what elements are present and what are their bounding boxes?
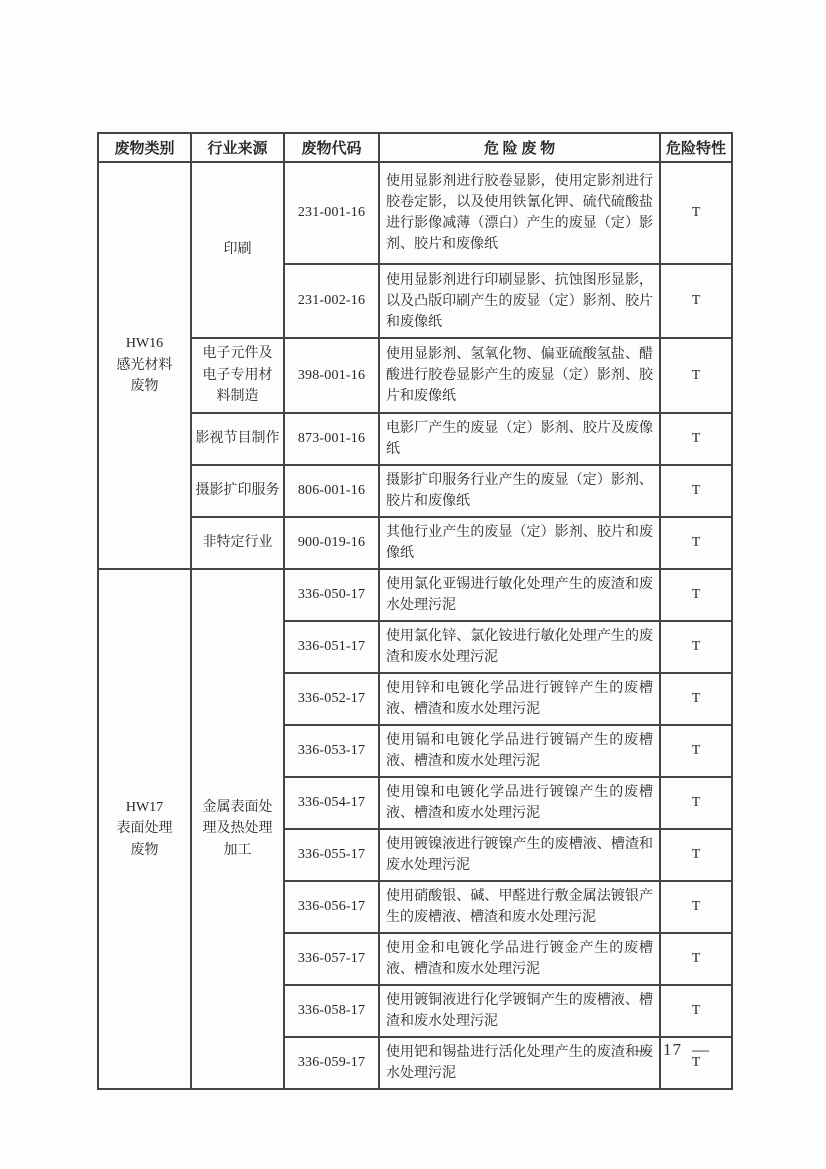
waste-code-cell: 336-054-17 (284, 777, 379, 829)
waste-description-cell: 使用显影剂进行胶卷显影，使用定影剂进行胶卷定影，以及使用铁氰化钾、硫代硫酸盐进行… (379, 162, 660, 264)
table-row: 摄影扩印服务 806-001-16 摄影扩印服务行业产生的废显（定）影剂、胶片和… (98, 465, 732, 517)
waste-description-cell: 使用金和电镀化学品进行镀金产生的废槽液、槽渣和废水处理污泥 (379, 933, 660, 985)
table-row: 非特定行业 900-019-16 其他行业产生的废显（定）影剂、胶片和废像纸 T (98, 517, 732, 569)
waste-code-cell: 336-052-17 (284, 673, 379, 725)
waste-code-cell: 336-059-17 (284, 1037, 379, 1089)
waste-code-cell: 231-002-16 (284, 264, 379, 338)
column-header-waste-code: 废物代码 (284, 133, 379, 162)
category-cell-hw17: HW17 表面处理 废物 (98, 569, 191, 1089)
waste-code-cell: 336-056-17 (284, 881, 379, 933)
industry-cell: 摄影扩印服务 (191, 465, 284, 517)
hazard-trait-cell: T (660, 725, 732, 777)
page-footer: —17— (625, 1040, 720, 1060)
hazard-trait-cell: T (660, 162, 732, 264)
table-row: HW17 表面处理 废物 金属表面处 理及热处理 加工 336-050-17 使… (98, 569, 732, 621)
industry-cell: 影视节目制作 (191, 413, 284, 465)
waste-description-cell: 使用氯化锌、氯化铵进行敏化处理产生的废渣和废水处理污泥 (379, 621, 660, 673)
hazard-trait-cell: T (660, 881, 732, 933)
waste-description-cell: 摄影扩印服务行业产生的废显（定）影剂、胶片和废像纸 (379, 465, 660, 517)
hazard-trait-cell: T (660, 673, 732, 725)
page-number: 17 (663, 1040, 682, 1059)
waste-code-cell: 336-058-17 (284, 985, 379, 1037)
document-page: 废物类别 行业来源 废物代码 危 险 废 物 危险特性 HW16 感光材料 废物… (0, 0, 826, 1169)
waste-code-cell: 873-001-16 (284, 413, 379, 465)
footer-dash-right: — (682, 1040, 720, 1059)
table-row: 影视节目制作 873-001-16 电影厂产生的废显（定）影剂、胶片及废像纸 T (98, 413, 732, 465)
waste-code-cell: 336-050-17 (284, 569, 379, 621)
waste-description-cell: 使用硝酸银、碱、甲醛进行敷金属法镀银产生的废槽液、槽渣和废水处理污泥 (379, 881, 660, 933)
waste-description-cell: 电影厂产生的废显（定）影剂、胶片及废像纸 (379, 413, 660, 465)
hazard-trait-cell: T (660, 621, 732, 673)
hazard-trait-cell: T (660, 413, 732, 465)
waste-description-cell: 使用镍和电镀化学品进行镀镍产生的废槽液、槽渣和废水处理污泥 (379, 777, 660, 829)
hazardous-waste-table: 废物类别 行业来源 废物代码 危 险 废 物 危险特性 HW16 感光材料 废物… (97, 132, 733, 1090)
table-row: HW16 感光材料 废物 印刷 231-001-16 使用显影剂进行胶卷显影，使… (98, 162, 732, 264)
waste-description-cell: 使用显影剂进行印刷显影、抗蚀图形显影，以及凸版印刷产生的废显（定）影剂、胶片和废… (379, 264, 660, 338)
hazard-trait-cell: T (660, 569, 732, 621)
hazard-trait-cell: T (660, 264, 732, 338)
hazard-trait-cell: T (660, 777, 732, 829)
hazard-trait-cell: T (660, 338, 732, 413)
waste-description-cell: 使用锌和电镀化学品进行镀锌产生的废槽液、槽渣和废水处理污泥 (379, 673, 660, 725)
column-header-waste-category: 废物类别 (98, 133, 191, 162)
waste-code-cell: 336-051-17 (284, 621, 379, 673)
waste-code-cell: 806-001-16 (284, 465, 379, 517)
waste-description-cell: 使用镉和电镀化学品进行镀镉产生的废槽液、槽渣和废水处理污泥 (379, 725, 660, 777)
industry-cell: 印刷 (191, 162, 284, 338)
waste-description-cell: 使用显影剂、氢氧化物、偏亚硫酸氢盐、醋酸进行胶卷显影产生的废显（定）影剂、胶片和… (379, 338, 660, 413)
waste-code-cell: 231-001-16 (284, 162, 379, 264)
table-header-row: 废物类别 行业来源 废物代码 危 险 废 物 危险特性 (98, 133, 732, 162)
hazard-trait-cell: T (660, 933, 732, 985)
waste-code-cell: 336-057-17 (284, 933, 379, 985)
hazard-trait-cell: T (660, 517, 732, 569)
category-cell-hw16: HW16 感光材料 废物 (98, 162, 191, 569)
industry-cell: 金属表面处 理及热处理 加工 (191, 569, 284, 1089)
waste-code-cell: 900-019-16 (284, 517, 379, 569)
waste-code-cell: 336-055-17 (284, 829, 379, 881)
column-header-hazard-trait: 危险特性 (660, 133, 732, 162)
industry-cell: 非特定行业 (191, 517, 284, 569)
footer-dash-left: — (625, 1040, 663, 1059)
waste-description-cell: 使用氯化亚锡进行敏化处理产生的废渣和废水处理污泥 (379, 569, 660, 621)
industry-cell: 电子元件及 电子专用材 料制造 (191, 338, 284, 413)
waste-description-cell: 其他行业产生的废显（定）影剂、胶片和废像纸 (379, 517, 660, 569)
hazard-trait-cell: T (660, 829, 732, 881)
hazard-trait-cell: T (660, 985, 732, 1037)
table-row: 电子元件及 电子专用材 料制造 398-001-16 使用显影剂、氢氧化物、偏亚… (98, 338, 732, 413)
waste-code-cell: 336-053-17 (284, 725, 379, 777)
waste-description-cell: 使用镀镍液进行镀镍产生的废槽液、槽渣和废水处理污泥 (379, 829, 660, 881)
waste-description-cell: 使用镀铜液进行化学镀铜产生的废槽液、槽渣和废水处理污泥 (379, 985, 660, 1037)
hazard-trait-cell: T (660, 465, 732, 517)
column-header-hazardous-waste: 危 险 废 物 (379, 133, 660, 162)
waste-code-cell: 398-001-16 (284, 338, 379, 413)
column-header-industry-source: 行业来源 (191, 133, 284, 162)
waste-description-cell: 使用钯和锡盐进行活化处理产生的废渣和废水处理污泥 (379, 1037, 660, 1089)
